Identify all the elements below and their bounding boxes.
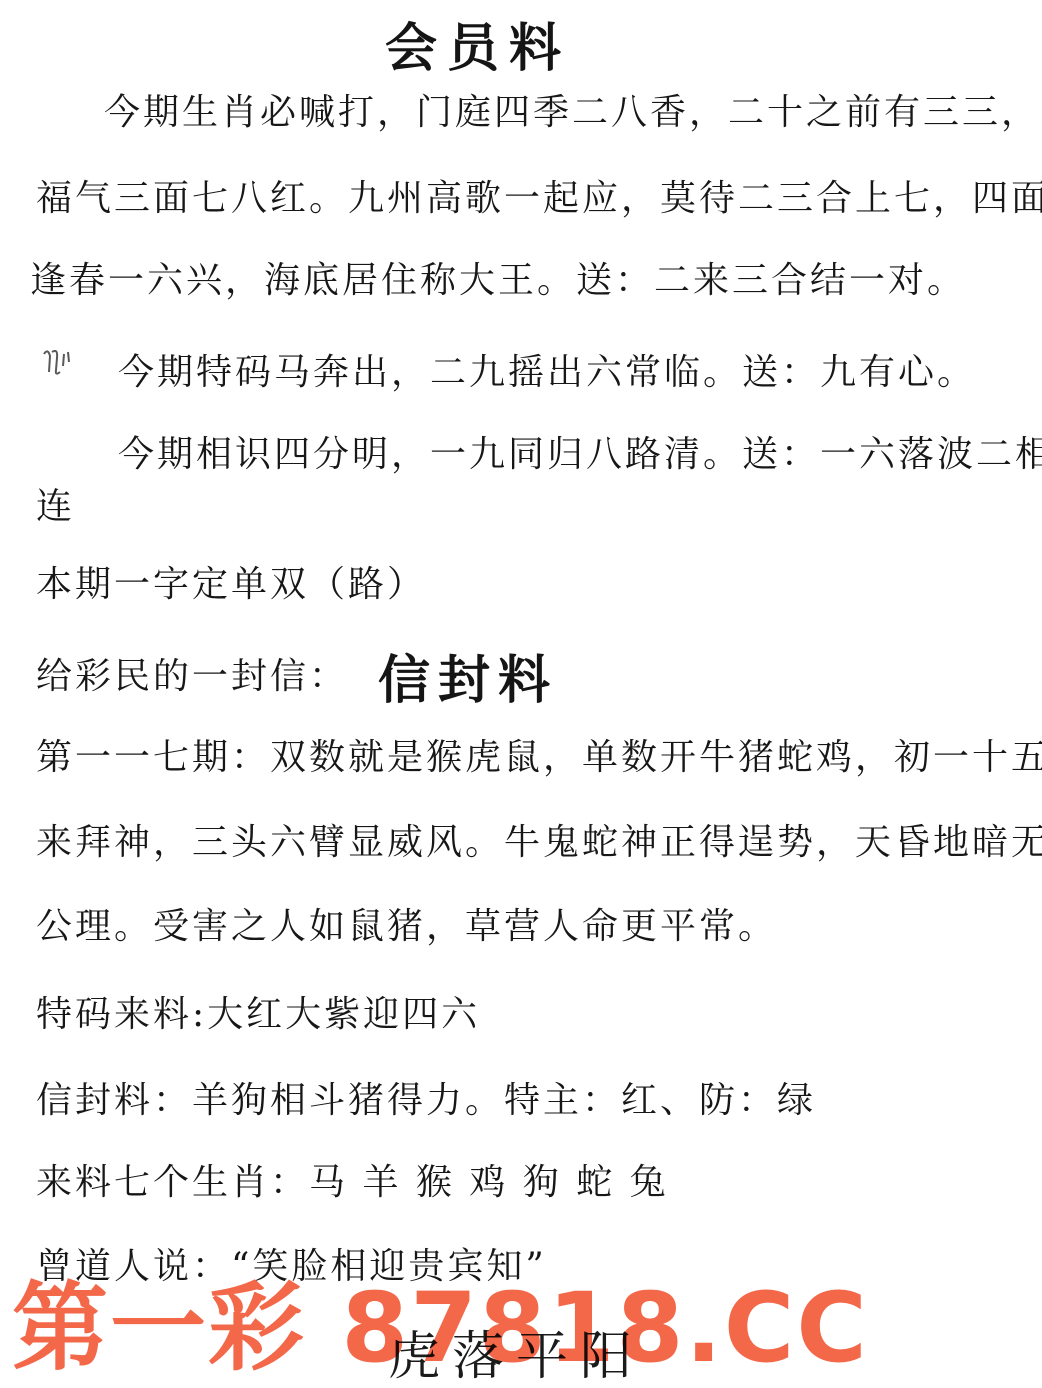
issue-117-line: 来拜神，三头六臂显威风。牛鬼蛇神正得逞势，天昏地暗无 — [36, 814, 1042, 865]
zodiac-list-line: 来料七个生肖：马 羊 猴 鸡 狗 蛇 兔 — [36, 1154, 669, 1205]
scanned-lottery-tip-sheet: 会员料 今期生肖必喊打，门庭四季二八香，二十之前有三三， 福气三面七八红。九州高… — [0, 0, 1042, 1388]
envelope-section-heading: 信封料 — [378, 638, 558, 713]
member-tip-line: 今期生肖必喊打，门庭四季二八香，二十之前有三三， — [104, 84, 1040, 135]
issue-117-line: 公理。受害之人如鼠猪，草营人命更平常。 — [36, 898, 777, 949]
issue-117-line: 第一一七期：双数就是猴虎鼠，单数开牛猪蛇鸡，初一十五 — [36, 729, 1042, 780]
background-handwriting: 虎落平阳 — [388, 1314, 644, 1388]
ink-smudge-icon — [38, 346, 80, 380]
member-tip-line: 福气三面七八红。九州高歌一起应，莫待二三合上七，四面 — [36, 170, 1042, 221]
member-tip-line: 连 — [36, 478, 75, 529]
page-title: 会员料 — [385, 6, 571, 81]
member-tip-line: 今期特码马奔出，二九摇出六常临。送：九有心。 — [118, 344, 976, 395]
member-tip-line: 逢春一六兴，海底居住称大王。送：二来三合结一对。 — [30, 252, 966, 303]
envelope-tip-line: 信封料：羊狗相斗猪得力。特主：红、防：绿 — [36, 1072, 816, 1123]
letter-to-punters-label: 给彩民的一封信： — [36, 648, 348, 699]
member-tip-line: 今期相识四分明，一九同归八路清。送：一六落波二相 — [118, 426, 1042, 477]
special-code-tip-line: 特码来料:大红大紫迎四六 — [36, 986, 480, 1037]
single-double-line: 本期一字定单双（路） — [36, 556, 426, 607]
